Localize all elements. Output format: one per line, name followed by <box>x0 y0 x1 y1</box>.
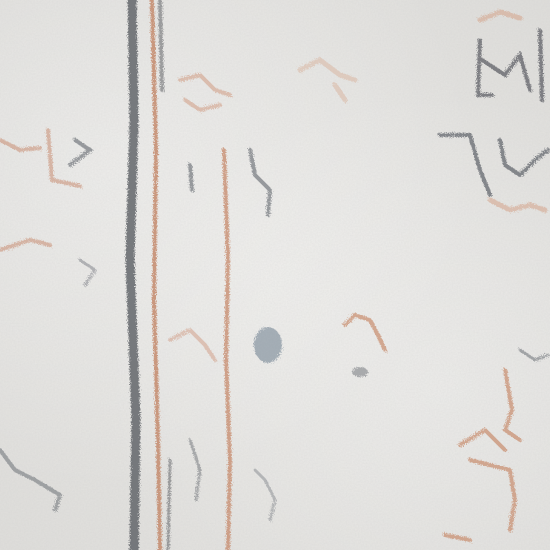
slate-blue-spot <box>254 327 282 363</box>
rug-pattern <box>0 0 550 550</box>
rug-texture-photo: Close-up of a light ivory rug with faded… <box>0 0 550 550</box>
pile-grain <box>0 0 550 550</box>
